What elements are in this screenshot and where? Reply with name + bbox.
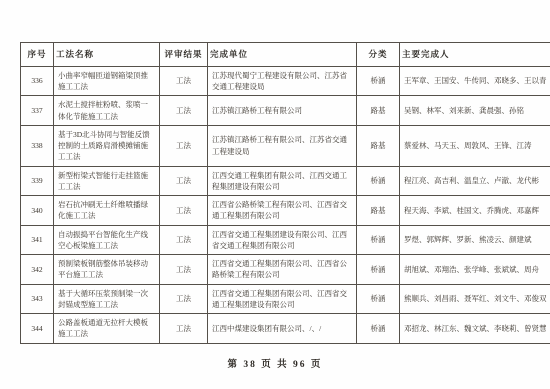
cell-category: 桥涵 [357, 225, 400, 255]
cell-review-result: 工法 [160, 314, 208, 344]
cell-completing-unit: 江苏现代蜀宁工程建设有限公司、江苏省交通工程建设局 [208, 66, 357, 96]
table-row: 338基于3D北斗协同与智能反馈控制的土质路肩滑模摊铺施工工法工法江苏镇江路桥工… [21, 125, 550, 166]
cell-category: 路基 [357, 96, 400, 126]
cell-serial-number: 336 [21, 66, 54, 96]
cell-review-result: 工法 [160, 225, 208, 255]
table-row: 342预制梁板钢筋整体吊装移动平台施工工法工法江西省交通工程集团有限公司、江西省… [21, 255, 550, 285]
cell-main-contributors: 蔡爱林、马天玉、周敦风、王锋、江涛 [400, 125, 550, 166]
cell-serial-number: 340 [21, 196, 54, 226]
table-body: 336小曲率窄幅匝道钢箱梁顶推施工工法工法江苏现代蜀宁工程建设有限公司、江苏省交… [21, 66, 550, 343]
column-header: 分类 [357, 43, 400, 67]
cell-serial-number: 344 [21, 314, 54, 344]
cell-category: 桥涵 [357, 255, 400, 285]
cell-main-contributors: 王军章、王国安、牛传同、邓晓多、王以青 [400, 66, 550, 96]
cell-method-name: 公路盖板通道无拉杆大模板施工工法 [54, 314, 160, 344]
cell-main-contributors: 胡旭斌、邓翔浩、张学峰、张斌斌、周舟 [400, 255, 550, 285]
cell-category: 桥涵 [357, 166, 400, 196]
column-header: 主要完成人 [400, 43, 550, 67]
cell-completing-unit: 江西省交通工程集团有限公司、江西省交通工程集团建设有限公司 [208, 284, 357, 314]
cell-completing-unit: 江苏镇江路桥工程有限公司、江苏省交通工程建设局 [208, 125, 357, 166]
table-row: 344公路盖板通道无拉杆大模板施工工法工法江西中煤建设集团有限公司、/、/桥涵邓… [21, 314, 550, 344]
cell-method-name: 自动振捣平台智能化生产线空心板梁施工工法 [54, 225, 160, 255]
cell-main-contributors: 程天海、李斌、桂国文、乔腾虎、邓嘉辉 [400, 196, 550, 226]
cell-review-result: 工法 [160, 196, 208, 226]
cell-review-result: 工法 [160, 284, 208, 314]
cell-review-result: 工法 [160, 96, 208, 126]
cell-main-contributors: 罗煜、郭辉辉、罗新、熊凌云、颜建斌 [400, 225, 550, 255]
cell-completing-unit: 江西交通工程集团有限公司、江西交通工程集团建设有限公司 [208, 166, 357, 196]
cell-completing-unit: 江西省公路桥梁工程有限公司、江西省交通工程集团有限公司 [208, 196, 357, 226]
cell-main-contributors: 熊顺兵、刘昌雨、聂军红、刘文牛、邓俊双 [400, 284, 550, 314]
table-row: 343基于大循环压浆预制梁一次封锚成型施工工法工法江西省交通工程集团有限公司、江… [21, 284, 550, 314]
cell-completing-unit: 江西中煤建设集团有限公司、/、/ [208, 314, 357, 344]
cell-method-name: 岩石抗冲刷无土纤维喷播绿化施工工法 [54, 196, 160, 226]
cell-serial-number: 342 [21, 255, 54, 285]
cell-category: 路基 [357, 125, 400, 166]
cell-method-name: 新型桁梁式智能行走挂篮施工工法 [54, 166, 160, 196]
cell-main-contributors: 吴钢、林军、刘来新、龚晨强、孙铭 [400, 96, 550, 126]
column-header: 工法名称 [54, 43, 160, 67]
column-header: 序号 [21, 43, 54, 67]
cell-method-name: 基于大循环压浆预制梁一次封锚成型施工工法 [54, 284, 160, 314]
cell-category: 桥涵 [357, 284, 400, 314]
cell-review-result: 工法 [160, 255, 208, 285]
cell-serial-number: 343 [21, 284, 54, 314]
cell-method-name: 小曲率窄幅匝道钢箱梁顶推施工工法 [54, 66, 160, 96]
cell-completing-unit: 江西省交通工程集团建设有限公司、江西省交通工程集团有限公司 [208, 225, 357, 255]
cell-review-result: 工法 [160, 125, 208, 166]
cell-serial-number: 339 [21, 166, 54, 196]
cell-method-name: 水泥土搅拌桩粉喷、浆喷一体化节能施工工法 [54, 96, 160, 126]
cell-main-contributors: 程江亮、高吉利、温皇立、卢澈、龙代彬 [400, 166, 550, 196]
cell-category: 桥涵 [357, 314, 400, 344]
cell-completing-unit: 江西省交通工程集团有限公司、江西省公路桥梁工程有限公司 [208, 255, 357, 285]
cell-serial-number: 338 [21, 125, 54, 166]
cell-serial-number: 337 [21, 96, 54, 126]
methods-table: 序号工法名称评审结果完成单位分类主要完成人 336小曲率窄幅匝道钢箱梁顶推施工工… [20, 42, 550, 344]
cell-category: 桥涵 [357, 66, 400, 96]
page-number-footer: 第 38 页 共 96 页 [0, 356, 550, 370]
cell-main-contributors: 邓招龙、林江东、魏文斌、李晓莉、曾贤慧 [400, 314, 550, 344]
table-row: 340岩石抗冲刷无土纤维喷播绿化施工工法工法江西省公路桥梁工程有限公司、江西省交… [21, 196, 550, 226]
header-row: 序号工法名称评审结果完成单位分类主要完成人 [21, 43, 550, 67]
cell-review-result: 工法 [160, 66, 208, 96]
table-row: 339新型桁梁式智能行走挂篮施工工法工法江西交通工程集团有限公司、江西交通工程集… [21, 166, 550, 196]
cell-review-result: 工法 [160, 166, 208, 196]
cell-method-name: 基于3D北斗协同与智能反馈控制的土质路肩滑模摊铺施工工法 [54, 125, 160, 166]
cell-serial-number: 341 [21, 225, 54, 255]
cell-completing-unit: 江苏镇江路桥工程有限公司 [208, 96, 357, 126]
cell-method-name: 预制梁板钢筋整体吊装移动平台施工工法 [54, 255, 160, 285]
column-header: 完成单位 [208, 43, 357, 67]
column-header: 评审结果 [160, 43, 208, 67]
table-row: 341自动振捣平台智能化生产线空心板梁施工工法工法江西省交通工程集团建设有限公司… [21, 225, 550, 255]
table-row: 337水泥土搅拌桩粉喷、浆喷一体化节能施工工法工法江苏镇江路桥工程有限公司路基吴… [21, 96, 550, 126]
cell-category: 路基 [357, 196, 400, 226]
table-row: 336小曲率窄幅匝道钢箱梁顶推施工工法工法江苏现代蜀宁工程建设有限公司、江苏省交… [21, 66, 550, 96]
document-page: 序号工法名称评审结果完成单位分类主要完成人 336小曲率窄幅匝道钢箱梁顶推施工工… [0, 0, 550, 389]
